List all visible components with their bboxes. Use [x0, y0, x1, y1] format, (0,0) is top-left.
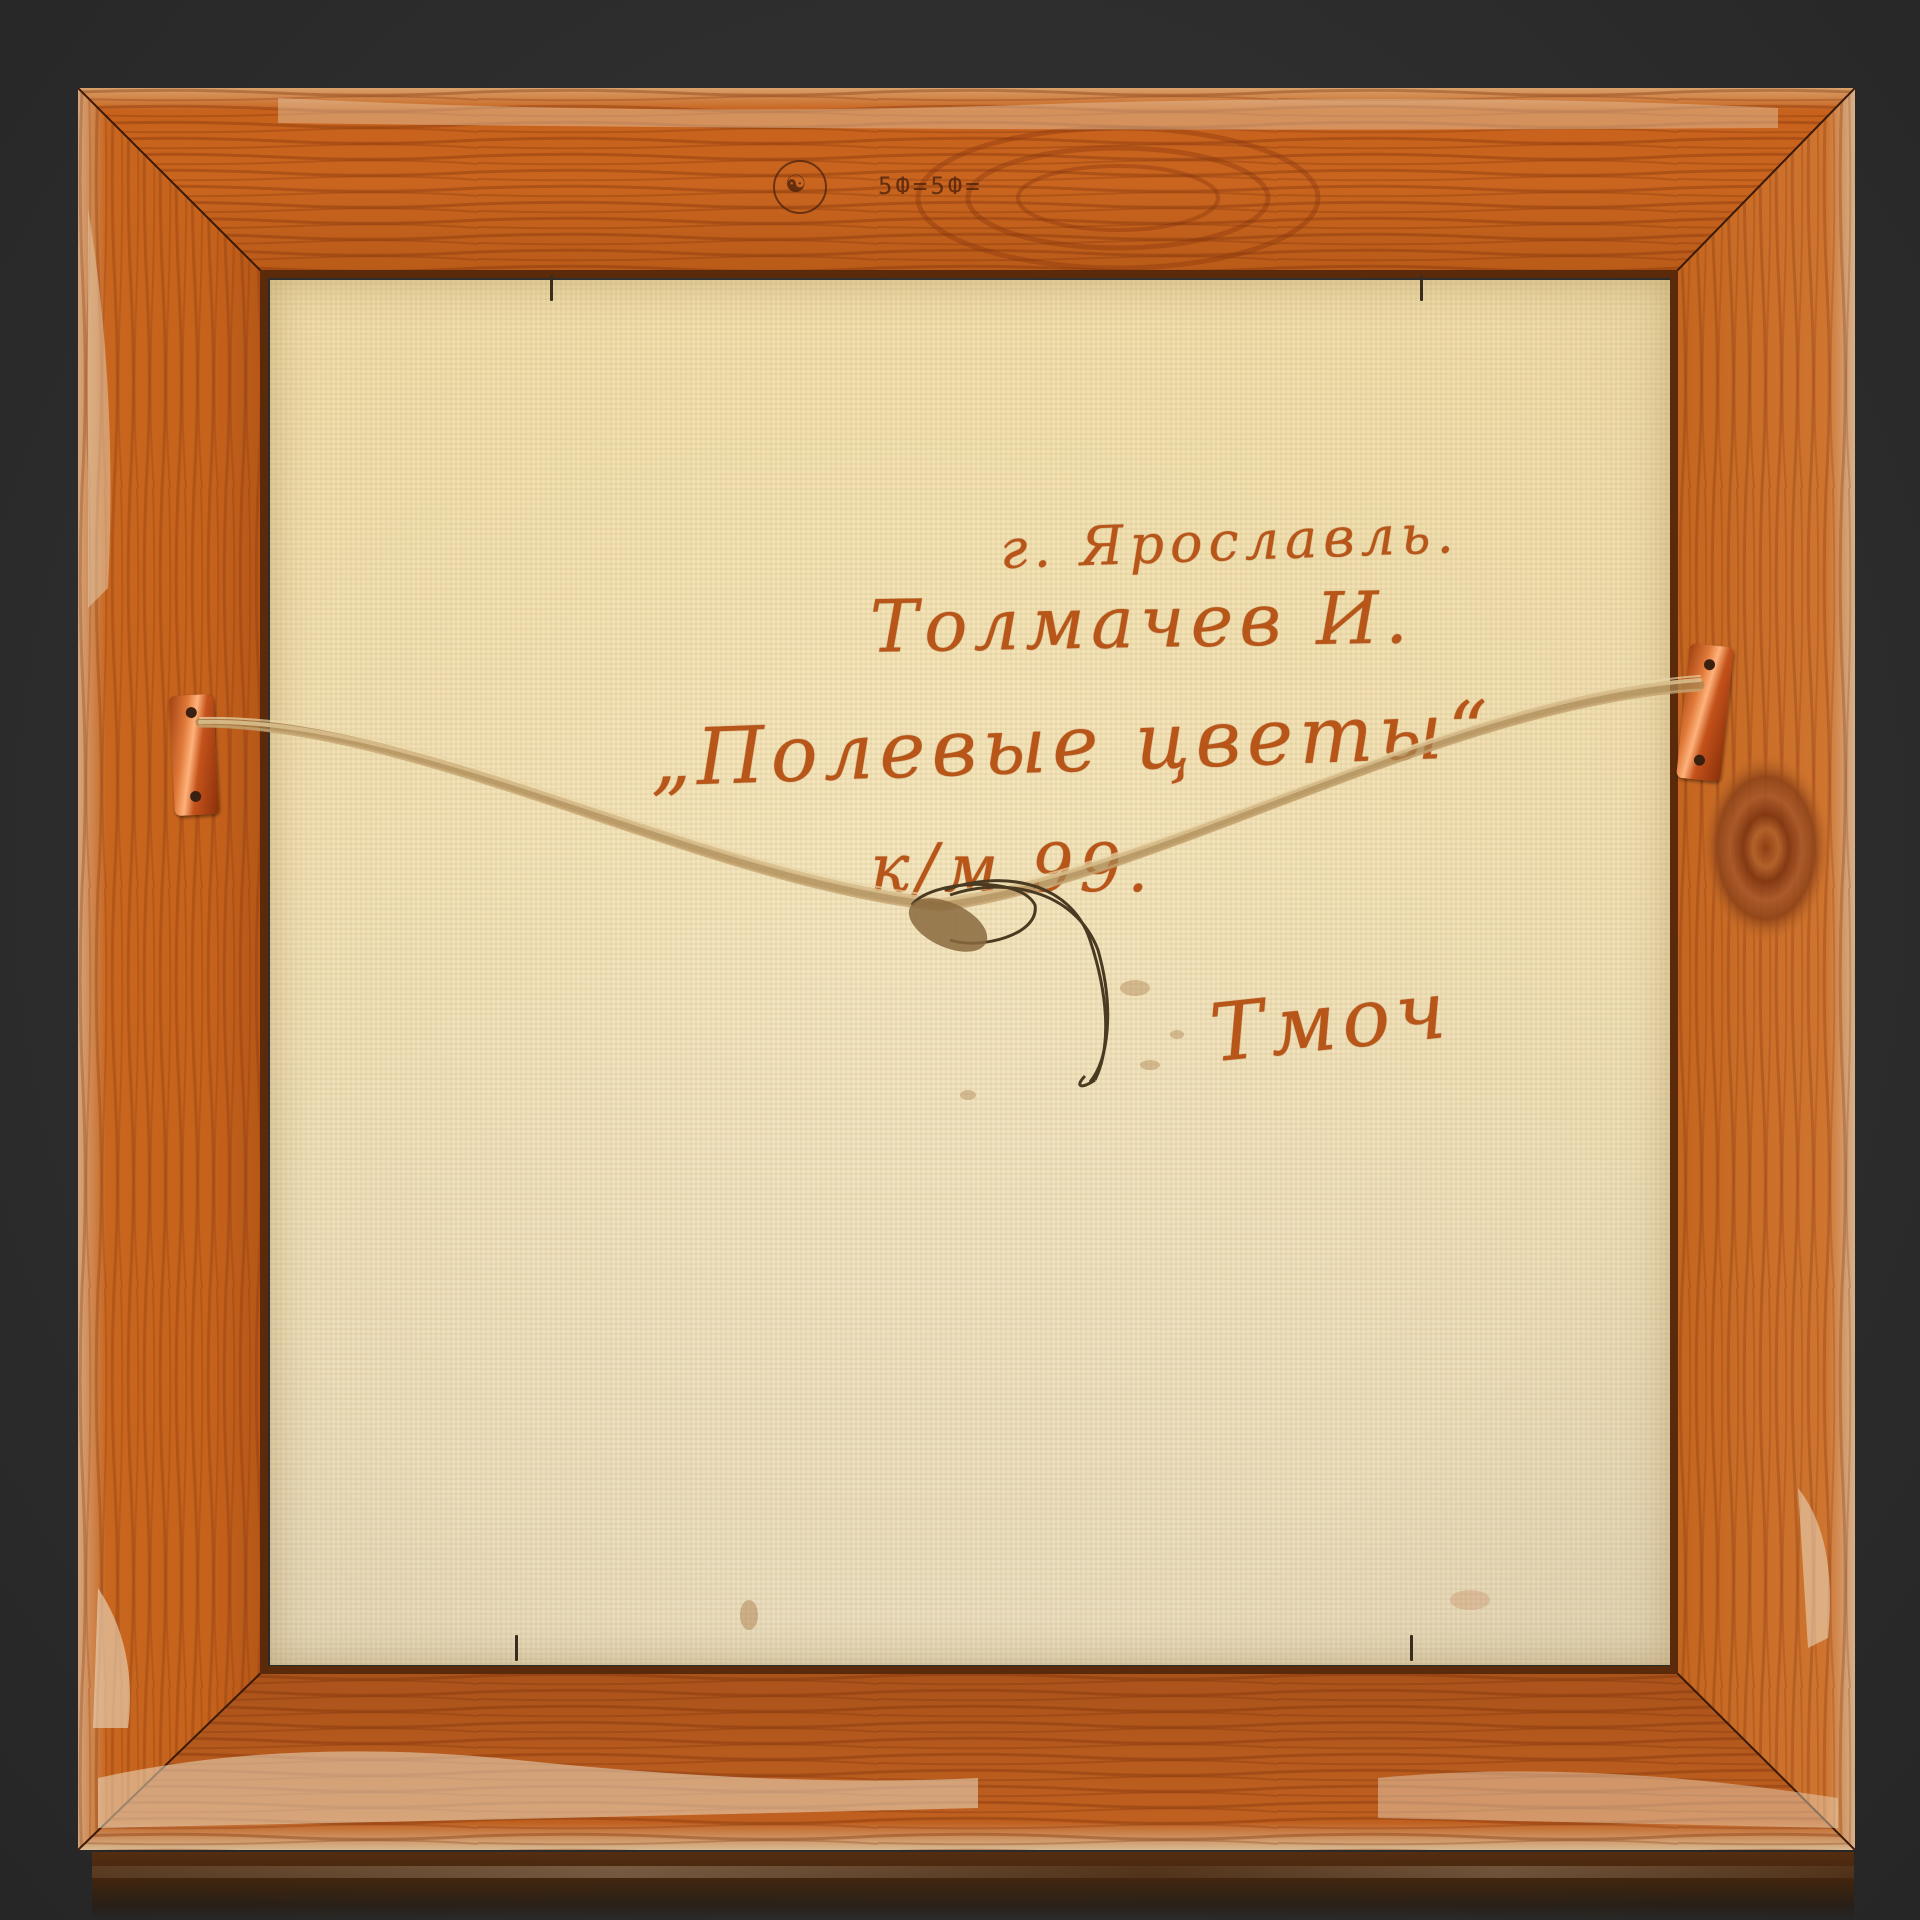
- frame-maker-stamp: ☯: [773, 160, 827, 214]
- canvas-back: [270, 280, 1670, 1665]
- canvas-tack: [550, 275, 553, 301]
- stamp-symbol: ☯: [785, 170, 807, 198]
- canvas-tack: [1410, 1635, 1413, 1661]
- frame-reflection: [92, 1852, 1854, 1920]
- inscription-medium-year: к/м 99.: [870, 830, 1154, 907]
- left-hanger-bracket: [169, 694, 219, 816]
- inscription-artist: Толмачев И.: [869, 575, 1414, 668]
- frame-stamp-code: 5Ф=5Ф=: [878, 172, 983, 200]
- canvas-tack: [1420, 275, 1423, 301]
- canvas-tack: [515, 1635, 518, 1661]
